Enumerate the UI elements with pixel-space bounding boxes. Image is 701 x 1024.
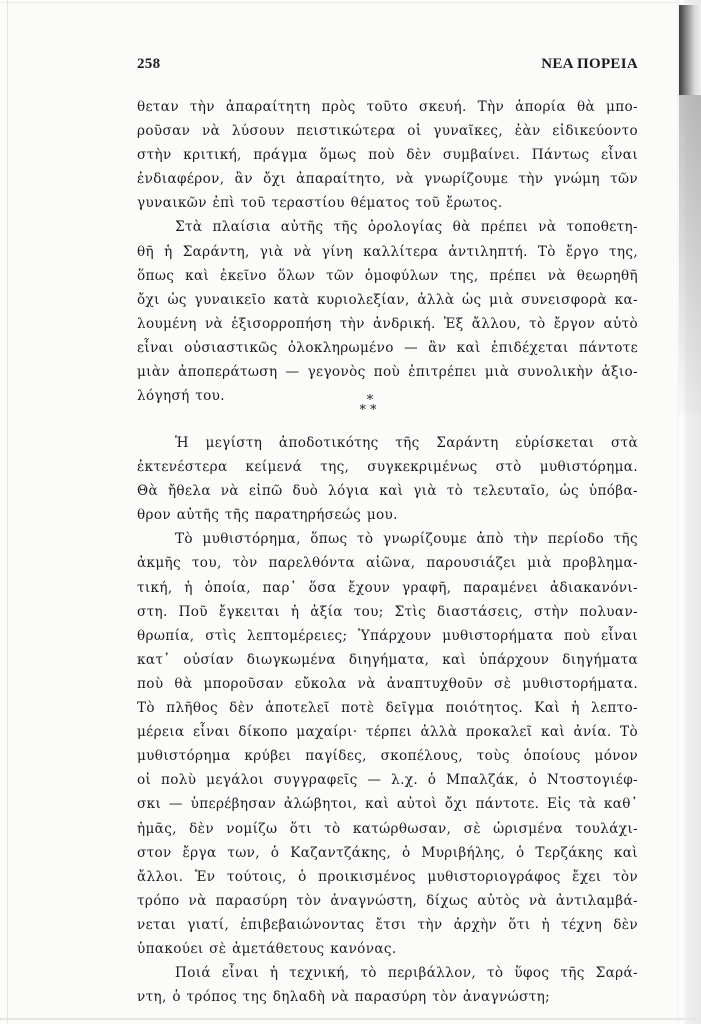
text-line: μιὰν ἀποπεράτωση — γεγονὸς ποὺ ἐπιτρέπει…	[137, 360, 638, 384]
text-line: ἐνδιαφέρον, ἂν ὄχι ἀπαραίτητο, νὰ γνωρίζ…	[137, 167, 638, 191]
text-line: γυναικῶν ἐπὶ τοῦ τεραστίου θέματος τοῦ ἔ…	[137, 191, 638, 215]
section-separator-asterism: * **	[355, 396, 385, 416]
text-line: Ποιά εἶναι ἡ τεχνική, τὸ περιβάλλον, τὸ …	[137, 961, 638, 985]
text-line: ἄλλοι. Ἐν τούτοις, ὁ προικισμένος μυθιστ…	[137, 865, 638, 889]
text-line: νεται γιατί, ἐπιβεβαιώνοντας ἔτσι τὴν ἀρ…	[137, 913, 638, 937]
text-line: τρόπο νὰ παρασύρη τὸν ἀναγνώστη, δίχως α…	[137, 889, 638, 913]
text-line: ντη, ὁ τρόπος της δηλαδὴ νὰ παρασύρη τὸν…	[137, 985, 638, 1009]
text-line: σκι — ὑπερέβησαν ἀλώβητοι, καὶ αὐτοὶ ὄχι…	[137, 792, 638, 816]
text-line: ὑπακούει σὲ ἀμετάθετους κανόνας.	[137, 937, 638, 961]
binding-gradient	[679, 95, 701, 415]
page-top-edge	[0, 2, 701, 3]
text-line: οἱ πολὺ μεγάλοι συγγραφεῖς — λ.χ. ὁ Μπαλ…	[137, 768, 638, 792]
text-line: στὴν κριτική, πράγμα ὅμως ποὺ δὲν συμβαί…	[137, 143, 638, 167]
text-section-1: θεταν τὴν ἀπαραίτητη πρὸς τοῦτο σκευή. Τ…	[137, 95, 638, 408]
text-line: ποὺ θὰ μποροῦσαν εὔκολα νὰ ἀναπτυχθοῦν σ…	[137, 672, 638, 696]
text-line: τική, ἡ ὁποία, παρ᾽ ὅσα ἔχουν γραφῆ, παρ…	[137, 576, 638, 600]
text-line: θρωπία, στὶς λεπτομέρειες; Ὑπάρχουν μυθι…	[137, 624, 638, 648]
text-line: θεταν τὴν ἀπαραίτητη πρὸς τοῦτο σκευή. Τ…	[137, 95, 638, 119]
text-line: Ἡ μεγίστη ἀποδοτικότης τῆς Σαράντη εὑρίσ…	[137, 431, 638, 455]
text-line: λουμένη νὰ ἐξισορροπήση τὴν ἀνδρική. Ἐξ …	[137, 312, 638, 336]
text-line: στον ἔργα των, ὁ Καζαντζάκης, ὁ Μυριβήλη…	[137, 841, 638, 865]
running-title: ΝΕΑ ΠΟΡΕΙΑ	[541, 56, 638, 73]
text-line: θρον αὐτῆς τῆς παρατηρήσεώς μου.	[137, 503, 638, 527]
asterism-bottom: **	[355, 406, 385, 416]
text-line: ἀκμῆς του, τὸν παρελθόντα αἰῶνα, παρουσι…	[137, 551, 638, 575]
text-section-2: Ἡ μεγίστη ἀποδοτικότης τῆς Σαράντη εὑρίσ…	[137, 431, 638, 1009]
text-line: Τὸ μυθιστόρημα, ὅπως τὸ γνωρίζουμε ἀπὸ τ…	[137, 527, 638, 551]
page-number: 258	[137, 56, 160, 73]
text-line: ἡμᾶς, δὲν νομίζω ὅτι τὸ κατώρθωσαν, σὲ ὡ…	[137, 817, 638, 841]
text-line: εἶναι οὐσιαστικῶς ὁλοκληρωμένο — ἂν καὶ …	[137, 336, 638, 360]
text-line: στη. Ποῦ ἔγκειται ἡ ἀξία του; Στὶς διαστ…	[137, 600, 638, 624]
text-line: κατ᾽ οὐσίαν διωγκωμένα διηγήματα, καὶ ὑπ…	[137, 648, 638, 672]
text-line: μυθιστόρημα κρύβει παγίδες, σκοπέλους, τ…	[137, 744, 638, 768]
text-line: ἐκτενέστερα κείμενά της, συγκεκριμένως σ…	[137, 455, 638, 479]
text-line: ροῦσαν νὰ λύσουν πειστικώτερα οἱ γυναῖκε…	[137, 119, 638, 143]
text-line: θῆ ἡ Σαράντη, γιὰ νὰ γίνη καλλίτερα ἀντι…	[137, 240, 638, 264]
text-line: Στὰ πλαίσια αὐτῆς τῆς ὁρολογίας θὰ πρέπε…	[137, 215, 638, 239]
text-line: Θὰ ἤθελα νὰ εἰπῶ δυὸ λόγια καὶ γιὰ τὸ τε…	[137, 479, 638, 503]
text-line: μέρεια εἶναι δίκοπο μαχαίρι· τέρπει ἀλλὰ…	[137, 720, 638, 744]
binding-shadow	[679, 5, 701, 95]
text-line: Τὸ πλῆθος δὲν ἀποτελεῖ ποτὲ δεῖγμα ποιότ…	[137, 696, 638, 720]
text-line: λόγησή του.	[137, 384, 638, 408]
running-header: 258 ΝΕΑ ΠΟΡΕΙΑ	[137, 56, 638, 73]
page-left-edge	[7, 0, 8, 1024]
text-line: ὅπως καὶ ἐκεῖνο ὅλων τῶν ὁμοφύλων της, π…	[137, 264, 638, 288]
text-line: ὄχι ὡς γυναικεῖο κατὰ κυριολεξίαν, ἀλλὰ …	[137, 288, 638, 312]
page-bottom-edge	[0, 1018, 701, 1020]
